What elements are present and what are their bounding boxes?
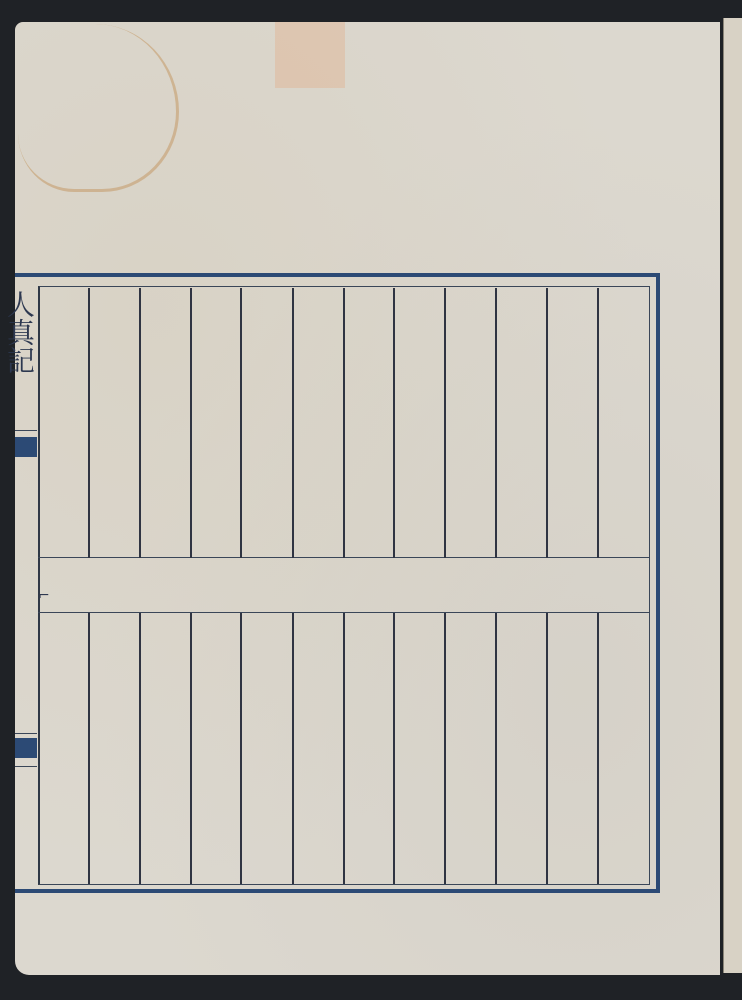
faded-seal — [275, 22, 345, 88]
column-rule — [444, 288, 446, 558]
fishtail-mark-upper — [15, 437, 37, 457]
column-rule — [393, 613, 395, 884]
column-rule — [88, 613, 90, 884]
column-rule — [495, 613, 497, 884]
fishtail-rule — [15, 430, 37, 431]
column-rule — [190, 288, 192, 558]
column-rule — [139, 288, 141, 558]
column-rule — [190, 613, 192, 884]
column-rule — [546, 288, 548, 558]
column-rule — [343, 613, 345, 884]
ink-mark: ⌐ — [38, 588, 50, 604]
fishtail-mark-lower — [15, 738, 37, 758]
column-rule — [546, 613, 548, 884]
margin-title: 人真記 — [12, 290, 38, 374]
column-rule — [88, 288, 90, 558]
column-rule — [597, 613, 599, 884]
column-rule — [292, 613, 294, 884]
column-rule — [139, 613, 141, 884]
water-stain — [18, 24, 179, 192]
fishtail-rule — [15, 733, 37, 734]
column-rule — [495, 288, 497, 558]
column-rule — [444, 613, 446, 884]
adjacent-page-edge — [723, 18, 742, 973]
column-rule — [597, 288, 599, 558]
fishtail-rule — [15, 766, 37, 767]
column-rule — [393, 288, 395, 558]
column-rule — [292, 288, 294, 558]
column-rule — [240, 288, 242, 558]
column-rule — [343, 288, 345, 558]
column-rule — [240, 613, 242, 884]
